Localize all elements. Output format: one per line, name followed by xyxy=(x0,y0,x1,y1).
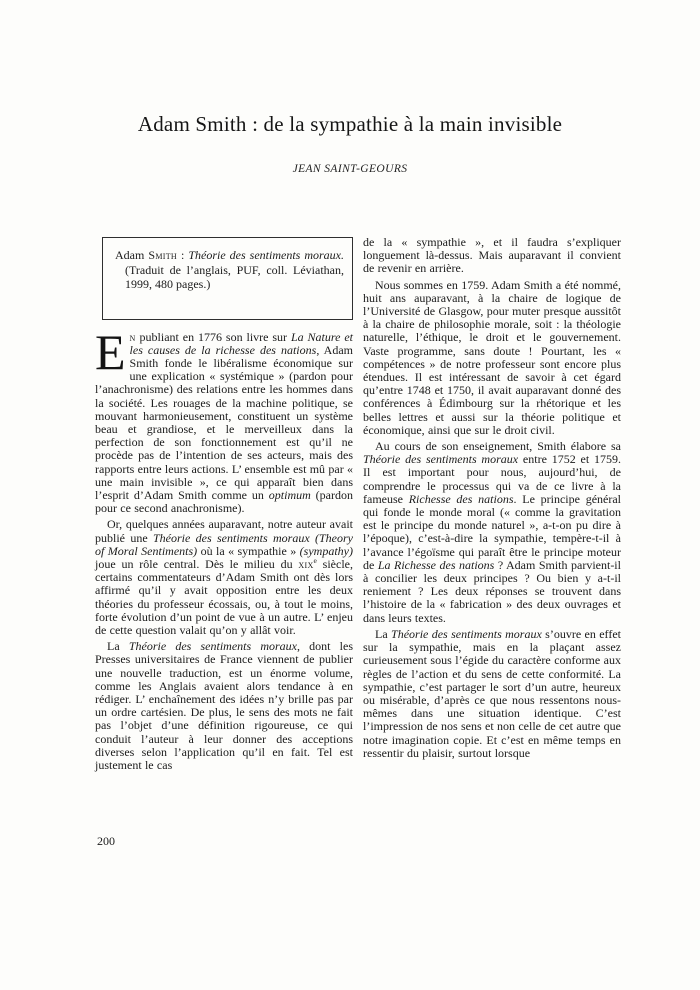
two-column-body: Adam Smith : Théorie des sentiments mora… xyxy=(95,236,620,772)
text-segment: La Richesse des nations xyxy=(378,558,495,572)
paragraph: La Théorie des sentiments moraux, dont l… xyxy=(95,640,353,772)
text-segment: , Adam Smith fonde le libéralisme économ… xyxy=(95,343,353,502)
text-segment: Théorie des sentiments moraux xyxy=(363,452,518,466)
text-segment: xix xyxy=(298,557,313,571)
column-left: Adam Smith : Théorie des sentiments mora… xyxy=(95,236,353,772)
text-segment: publiant en 1776 son livre sur xyxy=(136,330,291,344)
author-name: JEAN SAINT-GEOURS xyxy=(0,163,700,175)
text-segment: Richesse des nations xyxy=(409,492,514,506)
text-segment: Smith xyxy=(148,248,177,262)
paragraph: La Théorie des sentiments moraux s’ouvre… xyxy=(363,628,621,760)
text-segment: Théorie des sentiments moraux xyxy=(129,639,297,653)
text-segment: : xyxy=(177,248,188,262)
text-segment: (sympathy) xyxy=(300,544,353,558)
column-left-paragraphs: En publiant en 1776 son livre sur La Nat… xyxy=(95,331,353,773)
text-segment: s’ouvre en effet sur la sympathie, mais … xyxy=(363,627,621,760)
text-segment: La xyxy=(375,627,391,641)
journal-page: Adam Smith : de la sympathie à la main i… xyxy=(0,0,700,990)
paragraph: Au cours de son enseignement, Smith élab… xyxy=(363,440,621,625)
text-segment: , dont les Presses universitaires de Fra… xyxy=(95,639,353,772)
text-segment: Adam xyxy=(115,248,148,262)
text-segment: La xyxy=(107,639,129,653)
text-segment: Nous sommes en 1759. Adam Smith a été no… xyxy=(363,278,621,437)
citation-text: Adam Smith : Théorie des sentiments mora… xyxy=(115,248,344,292)
text-segment: (Traduit de l’anglais, PUF, coll. Léviat… xyxy=(125,263,344,292)
paragraph: Or, quelques années auparavant, notre au… xyxy=(95,518,353,637)
column-right: de la « sympathie », et il faudra s’expl… xyxy=(363,236,621,772)
page-title: Adam Smith : de la sympathie à la main i… xyxy=(0,112,700,137)
text-segment: optimum xyxy=(269,488,311,502)
text-segment: de la « sympathie », et il faudra s’expl… xyxy=(363,235,621,275)
text-segment: Au cours de son enseignement, Smith élab… xyxy=(375,439,621,453)
text-segment: Théorie des sentiments moraux. xyxy=(188,248,344,262)
paragraph: de la « sympathie », et il faudra s’expl… xyxy=(363,236,621,276)
paragraph: Nous sommes en 1759. Adam Smith a été no… xyxy=(363,279,621,437)
text-segment: Théorie des sentiments moraux xyxy=(391,627,542,641)
drop-cap: E xyxy=(95,331,130,371)
paragraph: En publiant en 1776 son livre sur La Nat… xyxy=(95,331,353,516)
page-number: 200 xyxy=(97,834,115,849)
citation-box: Adam Smith : Théorie des sentiments mora… xyxy=(102,237,353,320)
text-segment: joue un rôle central. Dès le milieu du xyxy=(95,557,298,571)
text-segment: où la « sympathie » xyxy=(197,544,300,558)
